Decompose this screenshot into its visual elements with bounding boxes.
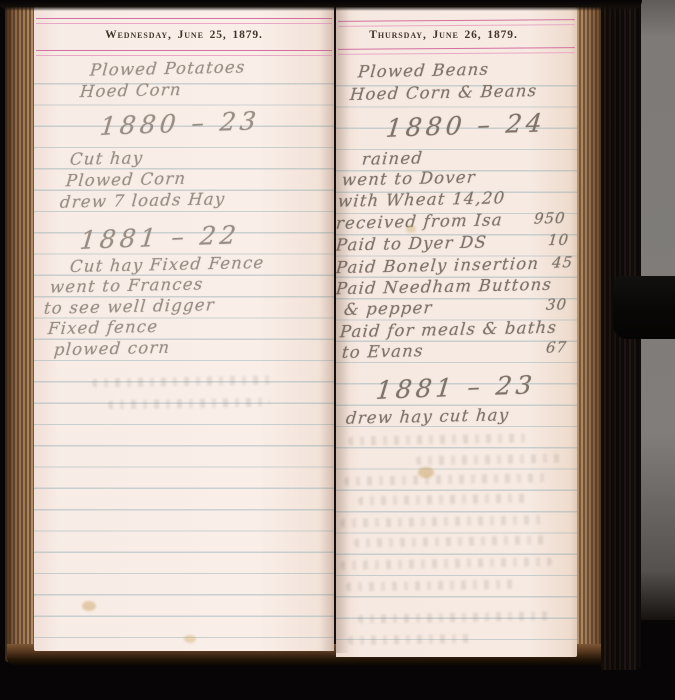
diary-page-left: Wednesday, June 25, 1879. Plowed Potatoe… [34,5,334,651]
page-edges-left [5,4,36,662]
left-entry-line: Cut hay [69,148,144,169]
bleedthrough-smudge [416,454,566,466]
foxing-spot [418,467,434,478]
right-entry-line: 1880 – 24 [385,108,548,143]
right-entry-line: Paid Bonely insertion45 [336,254,540,277]
left-entry-line: Hoed Corn [79,80,182,101]
bleedthrough-smudge [92,375,274,387]
handwriting-right: Plowed BeansHoed Corn & Beans1880 – 24ra… [336,7,577,657]
right-entry-line: Paid for meals & baths [339,318,558,342]
right-entry-line: to Evans67 [341,341,424,362]
left-entry-line: plowed corn [53,338,171,359]
left-entry-line: Plowed Corn [65,169,187,191]
bleedthrough-smudge [348,634,473,645]
bleedthrough-smudge [358,611,553,623]
bleedthrough-smudge [348,433,528,445]
handwriting-left: Plowed PotatoesHoed Corn1880 – 23Cut hay… [34,5,334,651]
entry-amount: 45 [551,253,574,271]
right-entry-line: Hoed Corn & Beans [349,81,538,104]
left-entry-line: 1881 – 22 [79,220,242,255]
left-entry-line: Plowed Potatoes [89,57,246,79]
right-entry-line: Plowed Beans [357,60,490,82]
right-entry-line: with Wheat 14,20 [337,188,506,211]
book-top-edge [0,0,642,11]
right-entry-line: 1881 – 23 [375,370,538,405]
right-entry-line: Paid to Dyer DS10 [336,232,488,254]
left-entry-line: to see well digger [43,295,216,318]
left-entry-line: 1880 – 23 [99,106,262,141]
entry-amount: 67 [545,338,568,356]
right-entry-line: drew hay cut hay [345,405,510,427]
foxing-spot [184,635,196,643]
diary-scan: Wednesday, June 25, 1879. Plowed Potatoe… [0,0,675,700]
bleedthrough-smudge [344,473,549,486]
bleedthrough-smudge [358,493,530,505]
left-entry-line: Cut hay Fixed Fence [69,253,265,276]
bleedthrough-smudge [340,557,552,570]
cover-strap [613,276,675,339]
right-entry-line: rained [361,148,424,168]
bleedthrough-smudge [108,398,270,410]
right-entry-line: went to Dover [341,168,477,190]
left-entry-line: drew 7 loads Hay [59,189,226,212]
bleedthrough-smudge [354,535,546,547]
right-entry-line: Paid Needham Buttons [336,275,553,299]
entry-amount: 10 [547,231,570,249]
entry-amount: 30 [545,295,568,313]
right-entry-line: received from Isa950 [336,210,504,233]
diary-page-right: Thursday, June 26, 1879. Plowed BeansHoe… [336,7,577,657]
foxing-spot [406,225,416,233]
left-entry-line: went to Frances [49,274,204,296]
foxing-spot [82,601,96,611]
entry-amount: 950 [533,209,566,228]
right-entry-line: & pepper30 [343,298,433,319]
bleedthrough-smudge [340,515,545,528]
left-entry-line: Fixed fence [47,317,159,338]
bleedthrough-smudge [346,580,516,592]
